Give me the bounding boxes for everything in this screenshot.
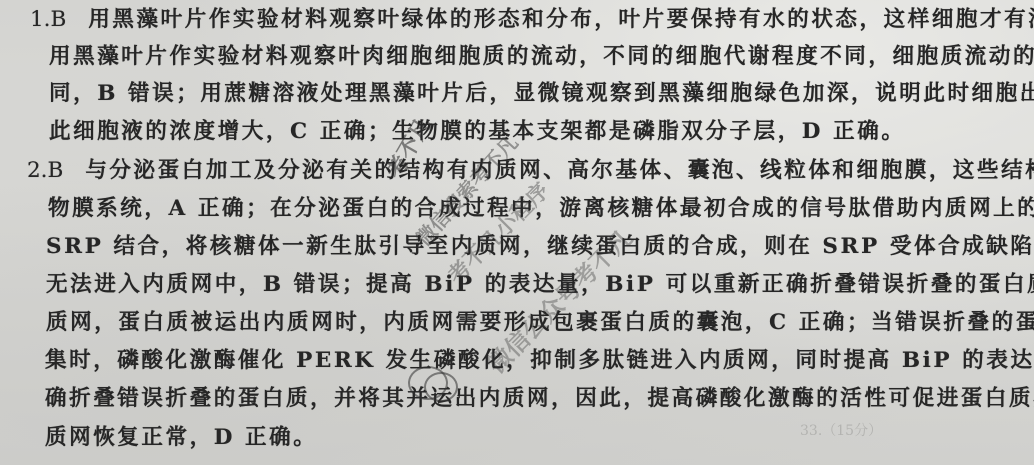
answer-1-line-1: 1.B用黑藻叶片作实验材料观察叶绿体的形态和分布，叶片要保持有水的状态，这样细胞… (30, 6, 1034, 34)
answer-1-choice: B (51, 7, 67, 32)
answer-1-text-line: 同，B 错误；用蔗糖溶液处理黑藻叶片后，显微镜观察到黑藻细胞绿色加深，说明此时细… (49, 81, 1034, 106)
answer-2-line-2: 物膜系统，A 正确；在分泌蛋白的合成过程中，游离核糖体最初合成的信号肽借助内质网… (48, 195, 1034, 223)
answer-2-text-line: 确折叠错误折叠的蛋白质，并将其并运出内质网，因此，提高磷酸化激酶的活性可促进蛋白… (45, 386, 1034, 411)
answer-2-line-4: 无法进入内质网中，B 错误；提高 BiP 的表达量，BiP 可以重新正确折叠错误… (46, 271, 1034, 299)
answer-1-line-4: 此细胞液的浓度增大，C 正确；生物膜的基本支架都是磷脂双分子层，D 正确。 (49, 118, 905, 146)
photographed-page: 1.B用黑藻叶片作实验材料观察叶绿体的形态和分布，叶片要保持有水的状态，这样细胞… (0, 0, 1034, 465)
answer-1-text-line: 此细胞液的浓度增大，C 正确；生物膜的基本支架都是磷脂双分子层，D 正确。 (49, 119, 905, 144)
answer-2-line-7: 确折叠错误折叠的蛋白质，并将其并运出内质网，因此，提高磷酸化激酶的活性可促进蛋白… (45, 385, 1034, 413)
answer-2-text-line: 与分泌蛋白加工及分泌有关的结构有内质网、高尔基体、囊泡、线粒体和细胞膜，这些结构… (85, 158, 1034, 183)
answer-2-line-3: SRP 结合，将核糖体一新生肽引导至内质网，继续蛋白质的合成，则在 SRP 受体… (46, 233, 1034, 261)
answer-1-label: 1.B (30, 7, 66, 32)
answer-2-label: 2.B (27, 158, 63, 183)
answer-1-line-3: 同，B 错误；用蔗糖溶液处理黑藻叶片后，显微镜观察到黑藻细胞绿色加深，说明此时细… (49, 80, 1034, 108)
answer-2-text-line: 无法进入内质网中，B 错误；提高 BiP 的表达量，BiP 可以重新正确折叠错误… (46, 272, 1034, 297)
wechat-logo-icon-secondary (424, 372, 458, 402)
answer-2-text-line: SRP 结合，将核糖体一新生肽引导至内质网，继续蛋白质的合成，则在 SRP 受体… (46, 234, 1034, 259)
answer-2-line-5: 质网，蛋白质被运出内质网时，内质网需要形成包裹蛋白质的囊泡，C 正确；当错误折叠… (46, 309, 1034, 337)
answer-1-text-line: 用黑藻叶片作实验材料观察叶绿体的形态和分布，叶片要保持有水的状态，这样细胞才有活… (88, 7, 1034, 32)
answer-2-text-line: 物膜系统，A 正确；在分泌蛋白的合成过程中，游离核糖体最初合成的信号肽借助内质网… (48, 196, 1034, 221)
answer-2-number: 2. (27, 158, 48, 183)
answer-2-line-8: 质网恢复正常，D 正确。 (45, 424, 317, 452)
answer-1-line-2: 用黑藻叶片作实验材料观察叶肉细胞细胞质的流动，不同的细胞代谢程度不同，细胞质流动… (49, 43, 1034, 71)
answer-2-text-line: 质网，蛋白质被运出内质网时，内质网需要形成包裹蛋白质的囊泡，C 正确；当错误折叠… (46, 310, 1034, 335)
answer-2-line-6: 集时，磷酸化激酶催化 PERK 发生磷酸化，抑制多肽链进入内质网，同时提高 Bi… (45, 347, 1034, 375)
answer-2-choice: B (48, 158, 64, 183)
answer-2-text-line: 集时，磷酸化激酶催化 PERK 发生磷酸化，抑制多肽链进入内质网，同时提高 Bi… (45, 348, 1034, 373)
bleed-through-text: 33.（15分） (800, 420, 882, 440)
answer-1-text-line: 用黑藻叶片作实验材料观察叶肉细胞细胞质的流动，不同的细胞代谢程度不同，细胞质流动… (49, 44, 1034, 69)
answer-2-text-line: 质网恢复正常，D 正确。 (45, 425, 317, 450)
answer-1-number: 1. (30, 7, 51, 32)
answer-2-line-1: 2.B与分泌蛋白加工及分泌有关的结构有内质网、高尔基体、囊泡、线粒体和细胞膜，这… (27, 157, 1034, 185)
